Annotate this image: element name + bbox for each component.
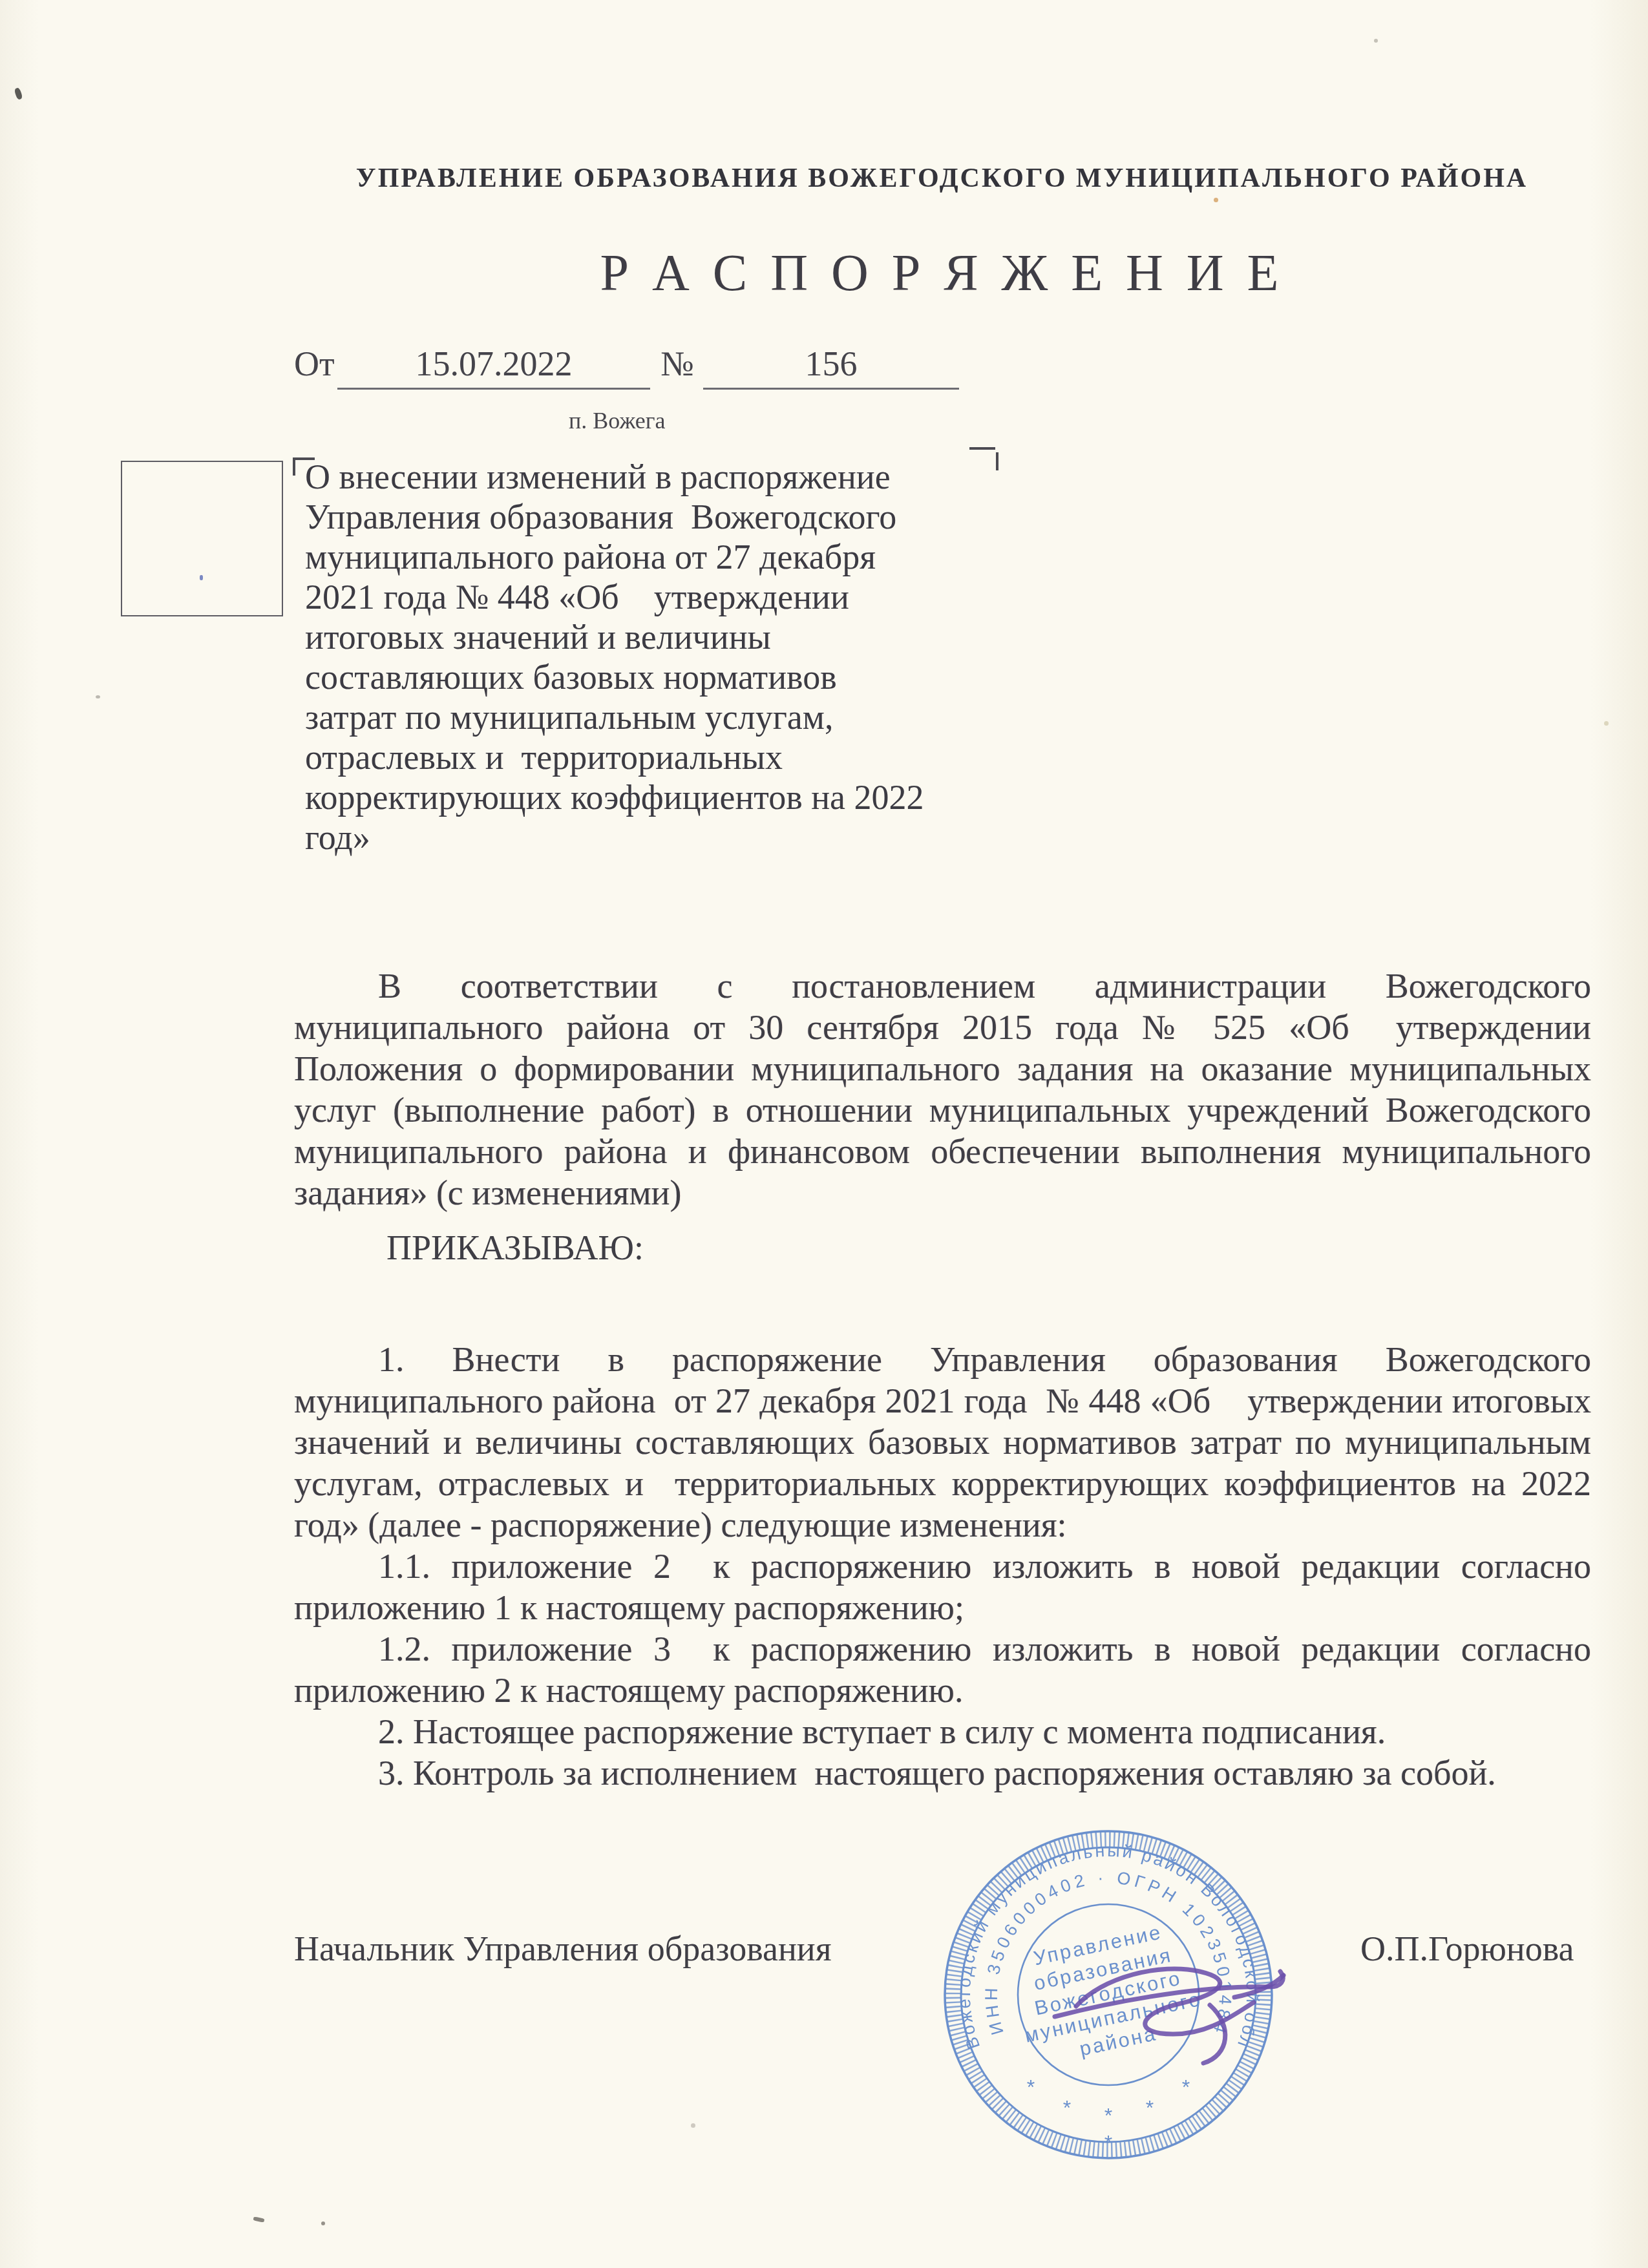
preamble-paragraph: В соответствии с постановлением админист… [294,965,1591,1213]
subject-line: муниципального района от 27 декабря [305,537,1016,577]
order-item: 1.1. приложение 2 к распоряжению изложит… [294,1546,1591,1628]
date-number-row: От 15.07.2022 № 156 [0,344,1648,389]
order-item: 2. Настоящее распоряжение вступает в сил… [294,1711,1591,1752]
scan-speck [1214,198,1218,202]
handwritten-signature [1041,1929,1318,2077]
signer-position: Начальник Управления образования [294,1929,832,1969]
scan-speck [96,695,100,698]
scan-speck [321,2221,325,2225]
subject-line: затрат по муниципальным услугам, [305,697,1016,737]
order-item: 1.2. приложение 3 к распоряжению изложит… [294,1628,1591,1711]
subject-line: 2021 года № 448 «Об утверждении [305,577,1016,617]
scan-speck [1374,39,1378,43]
subject-block: О внесении изменений в распоряжениеУправ… [305,457,1016,857]
subject-line: Управления образования Вожегодского [305,497,1016,537]
signer-name: О.П.Горюнова [1360,1929,1574,1969]
from-label: От [294,344,335,384]
subject-line: итоговых значений и величины [305,617,1016,657]
date-value: 15.07.2022 [337,344,650,384]
document-type-title: Р А С П О Р Я Ж Е Н И Е [294,244,1590,303]
svg-text:*: * [1104,2104,1112,2127]
subject-line: год» [305,817,1016,857]
svg-text:*: * [1027,2075,1035,2099]
subject-line: О внесении изменений в распоряжение [305,457,1016,497]
subject-line: составляющих базовых нормативов [305,657,1016,697]
scan-speck [253,2216,265,2222]
subject-line: отраслевых и территориальных [305,737,1016,777]
place-label: п. Вожега [569,407,666,434]
svg-text:*: * [1063,2096,1071,2119]
order-items: 1. Внести в распоряжение Управления обра… [294,1339,1591,1794]
svg-text:*: * [1146,2096,1154,2119]
svg-text:*: * [1104,2131,1112,2154]
date-underline [337,388,650,390]
scan-speck [1604,721,1609,726]
svg-text:*: * [1182,2075,1190,2099]
scan-speck [200,575,203,580]
scan-speck [691,2123,695,2128]
document-page: УПРАВЛЕНИЕ ОБРАЗОВАНИЯ ВОЖЕГОДСКОГО МУНИ… [0,0,1648,2268]
corner-mark-right-icon [969,447,995,450]
scan-speck [14,87,23,100]
number-value: 156 [703,344,959,384]
number-sign: № [660,344,694,384]
number-underline [703,388,959,390]
organization-header: УПРАВЛЕНИЕ ОБРАЗОВАНИЯ ВОЖЕГОДСКОГО МУНИ… [294,163,1590,194]
subject-line: корректирующих коэффициентов на 2022 [305,777,1016,817]
order-item: 1. Внести в распоряжение Управления обра… [294,1339,1591,1546]
blank-stamp-box [121,461,283,616]
order-item: 3. Контроль за исполнением настоящего ра… [294,1752,1591,1794]
prikaz-heading: ПРИКАЗЫВАЮ: [386,1228,644,1268]
